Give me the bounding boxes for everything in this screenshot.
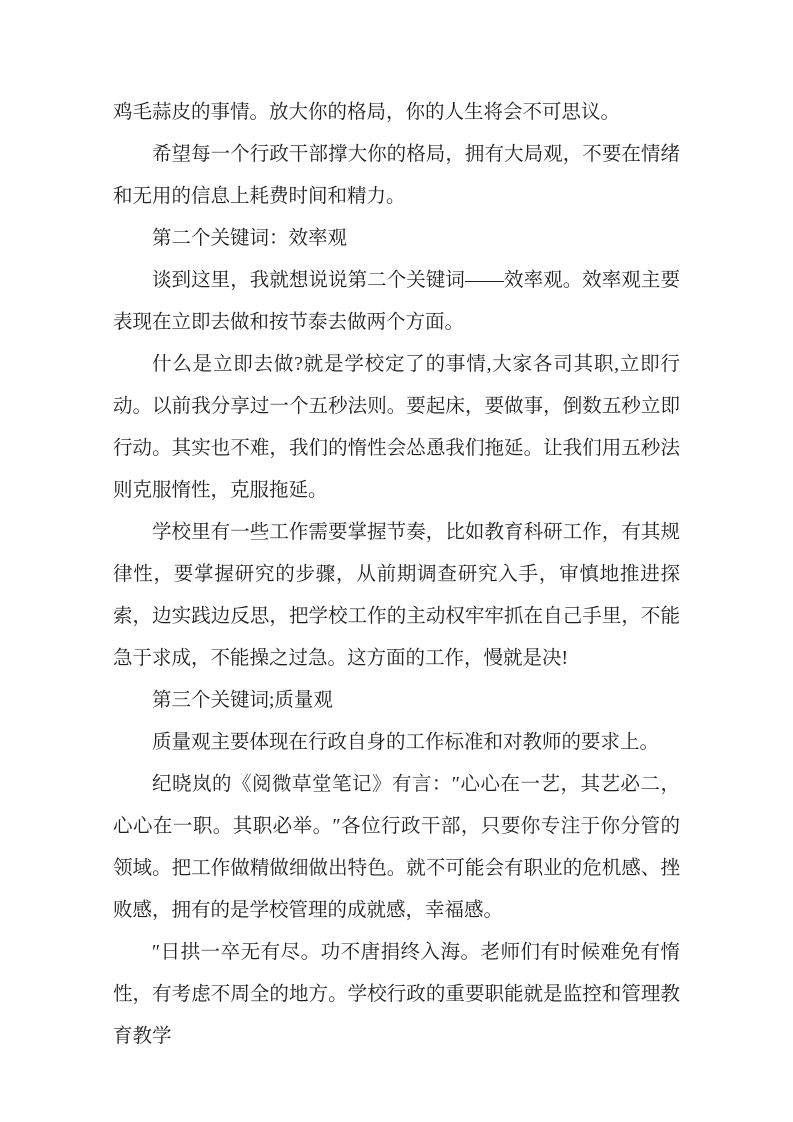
paragraph: 学校里有一些工作需要掌握节奏，比如教育科研工作，有其规律性，要掌握研究的步骤，从… [113, 512, 680, 680]
document-page: 鸡毛蒜皮的事情。放大你的格局，你的人生将会不可思议。 希望每一个行政干部撑大你的… [0, 0, 793, 1122]
paragraph-heading-keyword-2: 第二个关键词：效率观 [113, 218, 680, 260]
paragraph: ″日拱一卒无有尽。功不唐捐终入海。老师们有时候难免有惰性，有考虑不周全的地方。学… [113, 932, 680, 1058]
paragraph: 纪晓岚的《阅微草堂笔记》有言：″心心在一艺，其艺必二，心心在一职。其职必举。″各… [113, 764, 680, 932]
paragraph: 什么是立即去做?就是学校定了的事情,大家各司其职,立即行动。以前我分享过一个五秒… [113, 344, 680, 512]
paragraph: 谈到这里，我就想说说第二个关键词——效率观。效率观主要表现在立即去做和按节泰去做… [113, 260, 680, 344]
paragraph: 鸡毛蒜皮的事情。放大你的格局，你的人生将会不可思议。 [113, 92, 680, 134]
document-body: { "document": { "colors": { "background"… [0, 0, 793, 1122]
paragraph-heading-keyword-3: 第三个关键词;质量观 [113, 680, 680, 722]
paragraph: 希望每一个行政干部撑大你的格局，拥有大局观，不要在情绪和无用的信息上耗费时间和精… [113, 134, 680, 218]
paragraph: 质量观主要体现在行政自身的工作标准和对教师的要求上。 [113, 722, 680, 764]
